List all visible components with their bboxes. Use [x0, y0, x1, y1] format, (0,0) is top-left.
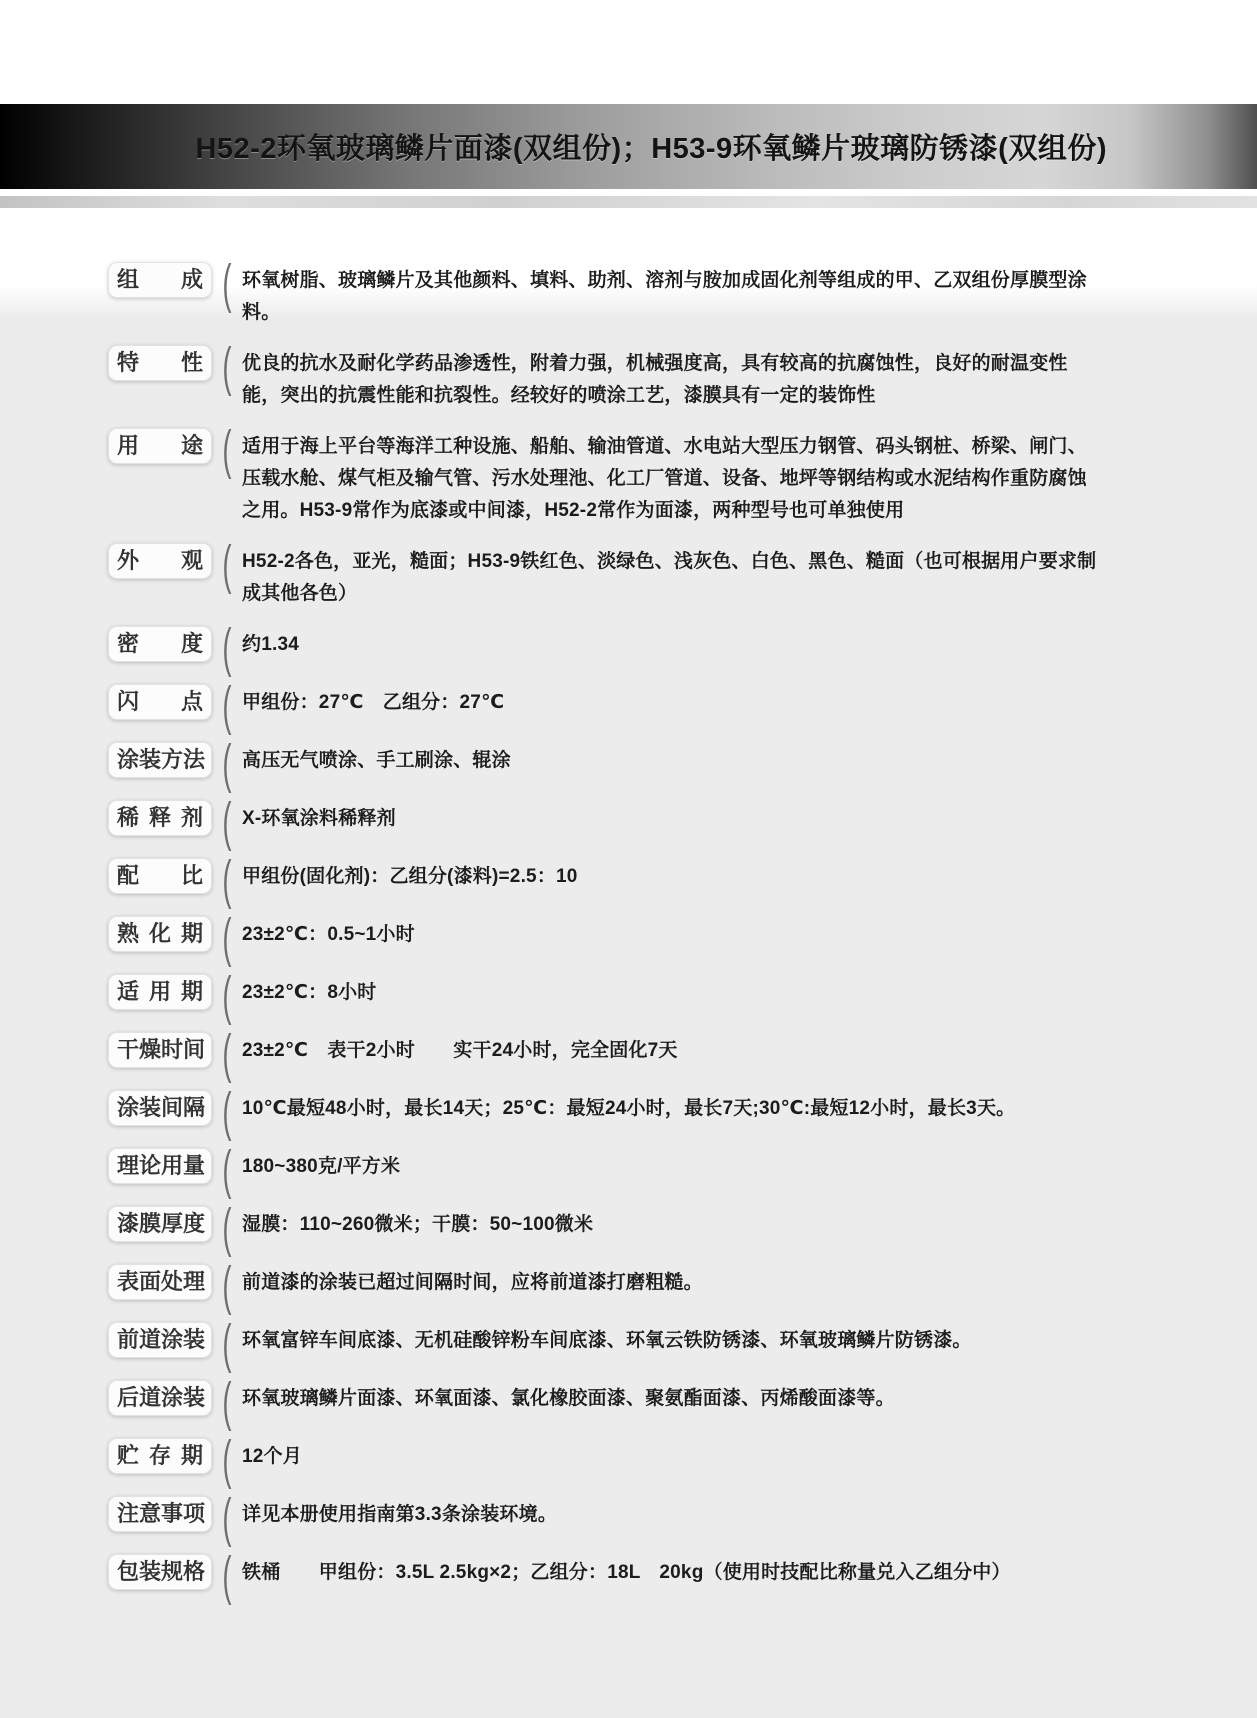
spec-value: 23±2℃ 表干2小时 实干24小时，完全固化7天 — [242, 1032, 1104, 1067]
spec-label: 前道涂装 — [117, 1329, 205, 1351]
spec-label: 干燥时间 — [117, 1039, 205, 1061]
spec-row: 闪点 ( 甲组份：27℃ 乙组分：27℃ — [108, 684, 1138, 726]
open-paren-glyph: ( — [220, 1149, 235, 1191]
spec-row: 配比 ( 甲组份(固化剂)：乙组分(漆料)=2.5：10 — [108, 858, 1138, 900]
open-paren-glyph: ( — [220, 859, 235, 901]
open-paren-glyph: ( — [220, 1091, 235, 1133]
spec-label: 包装规格 — [117, 1561, 205, 1583]
spec-row: 干燥时间 ( 23±2℃ 表干2小时 实干24小时，完全固化7天 — [108, 1032, 1138, 1074]
page-title: H52-2环氧玻璃鳞片面漆(双组份)；H53-9环氧鳞片玻璃防锈漆(双组份) — [195, 126, 1107, 167]
spec-label: 贮存期 — [117, 1445, 203, 1467]
open-paren-glyph: ( — [220, 975, 235, 1017]
spec-value: 详见本册使用指南第3.3条涂装环境。 — [242, 1496, 1104, 1531]
spec-value: 环氧富锌车间底漆、无机硅酸锌粉车间底漆、环氧云铁防锈漆、环氧玻璃鳞片防锈漆。 — [242, 1322, 1104, 1357]
spec-label: 特性 — [117, 352, 203, 374]
spec-value: 铁桶 甲组份：3.5L 2.5kg×2；乙组分：18L 20kg（使用时技配比称… — [242, 1554, 1104, 1589]
open-paren-glyph: ( — [220, 801, 235, 843]
spec-row: 外观 ( H52-2各色，亚光，糙面；H53-9铁红色、淡绿色、浅灰色、白色、黑… — [108, 543, 1138, 610]
spec-value: H52-2各色，亚光，糙面；H53-9铁红色、淡绿色、浅灰色、白色、黑色、糙面（… — [242, 543, 1104, 610]
spec-label-box: 涂装间隔 — [108, 1090, 212, 1126]
spec-label-box: 特性 — [108, 345, 212, 381]
spec-row: 表面处理 ( 前道漆的涂装已超过间隔时间，应将前道漆打磨粗糙。 — [108, 1264, 1138, 1306]
spec-row: 适用期 ( 23±2℃：8小时 — [108, 974, 1138, 1016]
spec-value: 适用于海上平台等海洋工种设施、船舶、输油管道、水电站大型压力钢管、码头钢桩、桥梁… — [242, 428, 1104, 527]
spec-row: 涂装方法 ( 高压无气喷涂、手工刷涂、辊涂 — [108, 742, 1138, 784]
spec-label-box: 干燥时间 — [108, 1032, 212, 1068]
spec-row: 熟化期 ( 23±2℃：0.5~1小时 — [108, 916, 1138, 958]
open-paren-glyph: ( — [220, 1439, 235, 1481]
spec-value: 高压无气喷涂、手工刷涂、辊涂 — [242, 742, 1104, 777]
open-paren-glyph: ( — [220, 346, 235, 388]
spec-value: 湿膜：110~260微米；干膜：50~100微米 — [242, 1206, 1104, 1241]
spec-value: 甲组份(固化剂)：乙组分(漆料)=2.5：10 — [242, 858, 1104, 893]
spec-value: 环氧树脂、玻璃鳞片及其他颜料、填料、助剂、溶剂与胺加成固化剂等组成的甲、乙双组份… — [242, 262, 1104, 329]
open-paren-glyph: ( — [220, 1207, 235, 1249]
spec-label: 配比 — [117, 865, 203, 887]
spec-label-box: 包装规格 — [108, 1554, 212, 1590]
spec-label: 注意事项 — [117, 1503, 205, 1525]
spec-label: 稀释剂 — [117, 807, 203, 829]
open-paren-glyph: ( — [220, 544, 235, 586]
spec-label-box: 稀释剂 — [108, 800, 212, 836]
spec-label: 外观 — [117, 550, 203, 572]
spec-label: 密度 — [117, 633, 203, 655]
spec-row: 组成 ( 环氧树脂、玻璃鳞片及其他颜料、填料、助剂、溶剂与胺加成固化剂等组成的甲… — [108, 262, 1138, 329]
spec-row: 用途 ( 适用于海上平台等海洋工种设施、船舶、输油管道、水电站大型压力钢管、码头… — [108, 428, 1138, 527]
spec-value: 甲组份：27℃ 乙组分：27℃ — [242, 684, 1104, 719]
spec-label: 熟化期 — [117, 923, 203, 945]
spec-label: 漆膜厚度 — [117, 1213, 205, 1235]
header-bar: H52-2环氧玻璃鳞片面漆(双组份)；H53-9环氧鳞片玻璃防锈漆(双组份) — [0, 104, 1257, 189]
spec-value: 180~380克/平方米 — [242, 1148, 1104, 1183]
spec-row: 涂装间隔 ( 10℃最短48小时，最长14天；25℃：最短24小时，最长7天;3… — [108, 1090, 1138, 1132]
datasheet-page: H52-2环氧玻璃鳞片面漆(双组份)；H53-9环氧鳞片玻璃防锈漆(双组份) 组… — [0, 0, 1257, 1718]
spec-label: 闪点 — [117, 691, 203, 713]
spec-label-box: 密度 — [108, 626, 212, 662]
spec-label-box: 表面处理 — [108, 1264, 212, 1300]
spec-row: 密度 ( 约1.34 — [108, 626, 1138, 668]
spec-value: 前道漆的涂装已超过间隔时间，应将前道漆打磨粗糙。 — [242, 1264, 1104, 1299]
spec-row: 后道涂装 ( 环氧玻璃鳞片面漆、环氧面漆、氯化橡胶面漆、聚氨酯面漆、丙烯酸面漆等… — [108, 1380, 1138, 1422]
spec-row: 特性 ( 优良的抗水及耐化学药品渗透性，附着力强，机械强度高，具有较高的抗腐蚀性… — [108, 345, 1138, 412]
spec-value: 优良的抗水及耐化学药品渗透性，附着力强，机械强度高，具有较高的抗腐蚀性，良好的耐… — [242, 345, 1104, 412]
spec-label-box: 熟化期 — [108, 916, 212, 952]
spec-label: 适用期 — [117, 981, 203, 1003]
spec-label-box: 前道涂装 — [108, 1322, 212, 1358]
spec-row: 包装规格 ( 铁桶 甲组份：3.5L 2.5kg×2；乙组分：18L 20kg（… — [108, 1554, 1138, 1596]
spec-value: 23±2℃：8小时 — [242, 974, 1104, 1009]
open-paren-glyph: ( — [220, 917, 235, 959]
spec-label: 理论用量 — [117, 1155, 205, 1177]
spec-label: 后道涂装 — [117, 1387, 205, 1409]
spec-label-box: 贮存期 — [108, 1438, 212, 1474]
open-paren-glyph: ( — [220, 1381, 235, 1423]
open-paren-glyph: ( — [220, 263, 235, 305]
spec-row: 漆膜厚度 ( 湿膜：110~260微米；干膜：50~100微米 — [108, 1206, 1138, 1248]
open-paren-glyph: ( — [220, 1265, 235, 1307]
open-paren-glyph: ( — [220, 429, 235, 471]
spec-label-box: 用途 — [108, 428, 212, 464]
spec-row: 注意事项 ( 详见本册使用指南第3.3条涂装环境。 — [108, 1496, 1138, 1538]
spec-label-box: 漆膜厚度 — [108, 1206, 212, 1242]
spec-label-box: 后道涂装 — [108, 1380, 212, 1416]
header-divider-bar — [0, 196, 1257, 208]
spec-label: 表面处理 — [117, 1271, 205, 1293]
spec-row: 贮存期 ( 12个月 — [108, 1438, 1138, 1480]
spec-label-box: 外观 — [108, 543, 212, 579]
spec-row: 前道涂装 ( 环氧富锌车间底漆、无机硅酸锌粉车间底漆、环氧云铁防锈漆、环氧玻璃鳞… — [108, 1322, 1138, 1364]
spec-value: 10℃最短48小时，最长14天；25℃：最短24小时，最长7天;30℃:最短12… — [242, 1090, 1104, 1125]
spec-label: 用途 — [117, 435, 203, 457]
spec-row: 稀释剂 ( X-环氧涂料稀释剂 — [108, 800, 1138, 842]
spec-value: 23±2℃：0.5~1小时 — [242, 916, 1104, 951]
open-paren-glyph: ( — [220, 743, 235, 785]
open-paren-glyph: ( — [220, 1033, 235, 1075]
open-paren-glyph: ( — [220, 1323, 235, 1365]
spec-label-box: 配比 — [108, 858, 212, 894]
spec-value: 环氧玻璃鳞片面漆、环氧面漆、氯化橡胶面漆、聚氨酯面漆、丙烯酸面漆等。 — [242, 1380, 1104, 1415]
spec-rows: 组成 ( 环氧树脂、玻璃鳞片及其他颜料、填料、助剂、溶剂与胺加成固化剂等组成的甲… — [108, 262, 1138, 1612]
spec-label-box: 闪点 — [108, 684, 212, 720]
spec-label: 组成 — [117, 269, 203, 291]
spec-row: 理论用量 ( 180~380克/平方米 — [108, 1148, 1138, 1190]
spec-value: 12个月 — [242, 1438, 1104, 1473]
open-paren-glyph: ( — [220, 627, 235, 669]
spec-value: X-环氧涂料稀释剂 — [242, 800, 1104, 835]
spec-label-box: 适用期 — [108, 974, 212, 1010]
open-paren-glyph: ( — [220, 685, 235, 727]
spec-value: 约1.34 — [242, 626, 1104, 661]
spec-label: 涂装间隔 — [117, 1097, 205, 1119]
spec-label-box: 注意事项 — [108, 1496, 212, 1532]
spec-label-box: 组成 — [108, 262, 212, 298]
spec-label: 涂装方法 — [117, 749, 205, 771]
open-paren-glyph: ( — [220, 1555, 235, 1597]
open-paren-glyph: ( — [220, 1497, 235, 1539]
spec-label-box: 涂装方法 — [108, 742, 212, 778]
spec-label-box: 理论用量 — [108, 1148, 212, 1184]
